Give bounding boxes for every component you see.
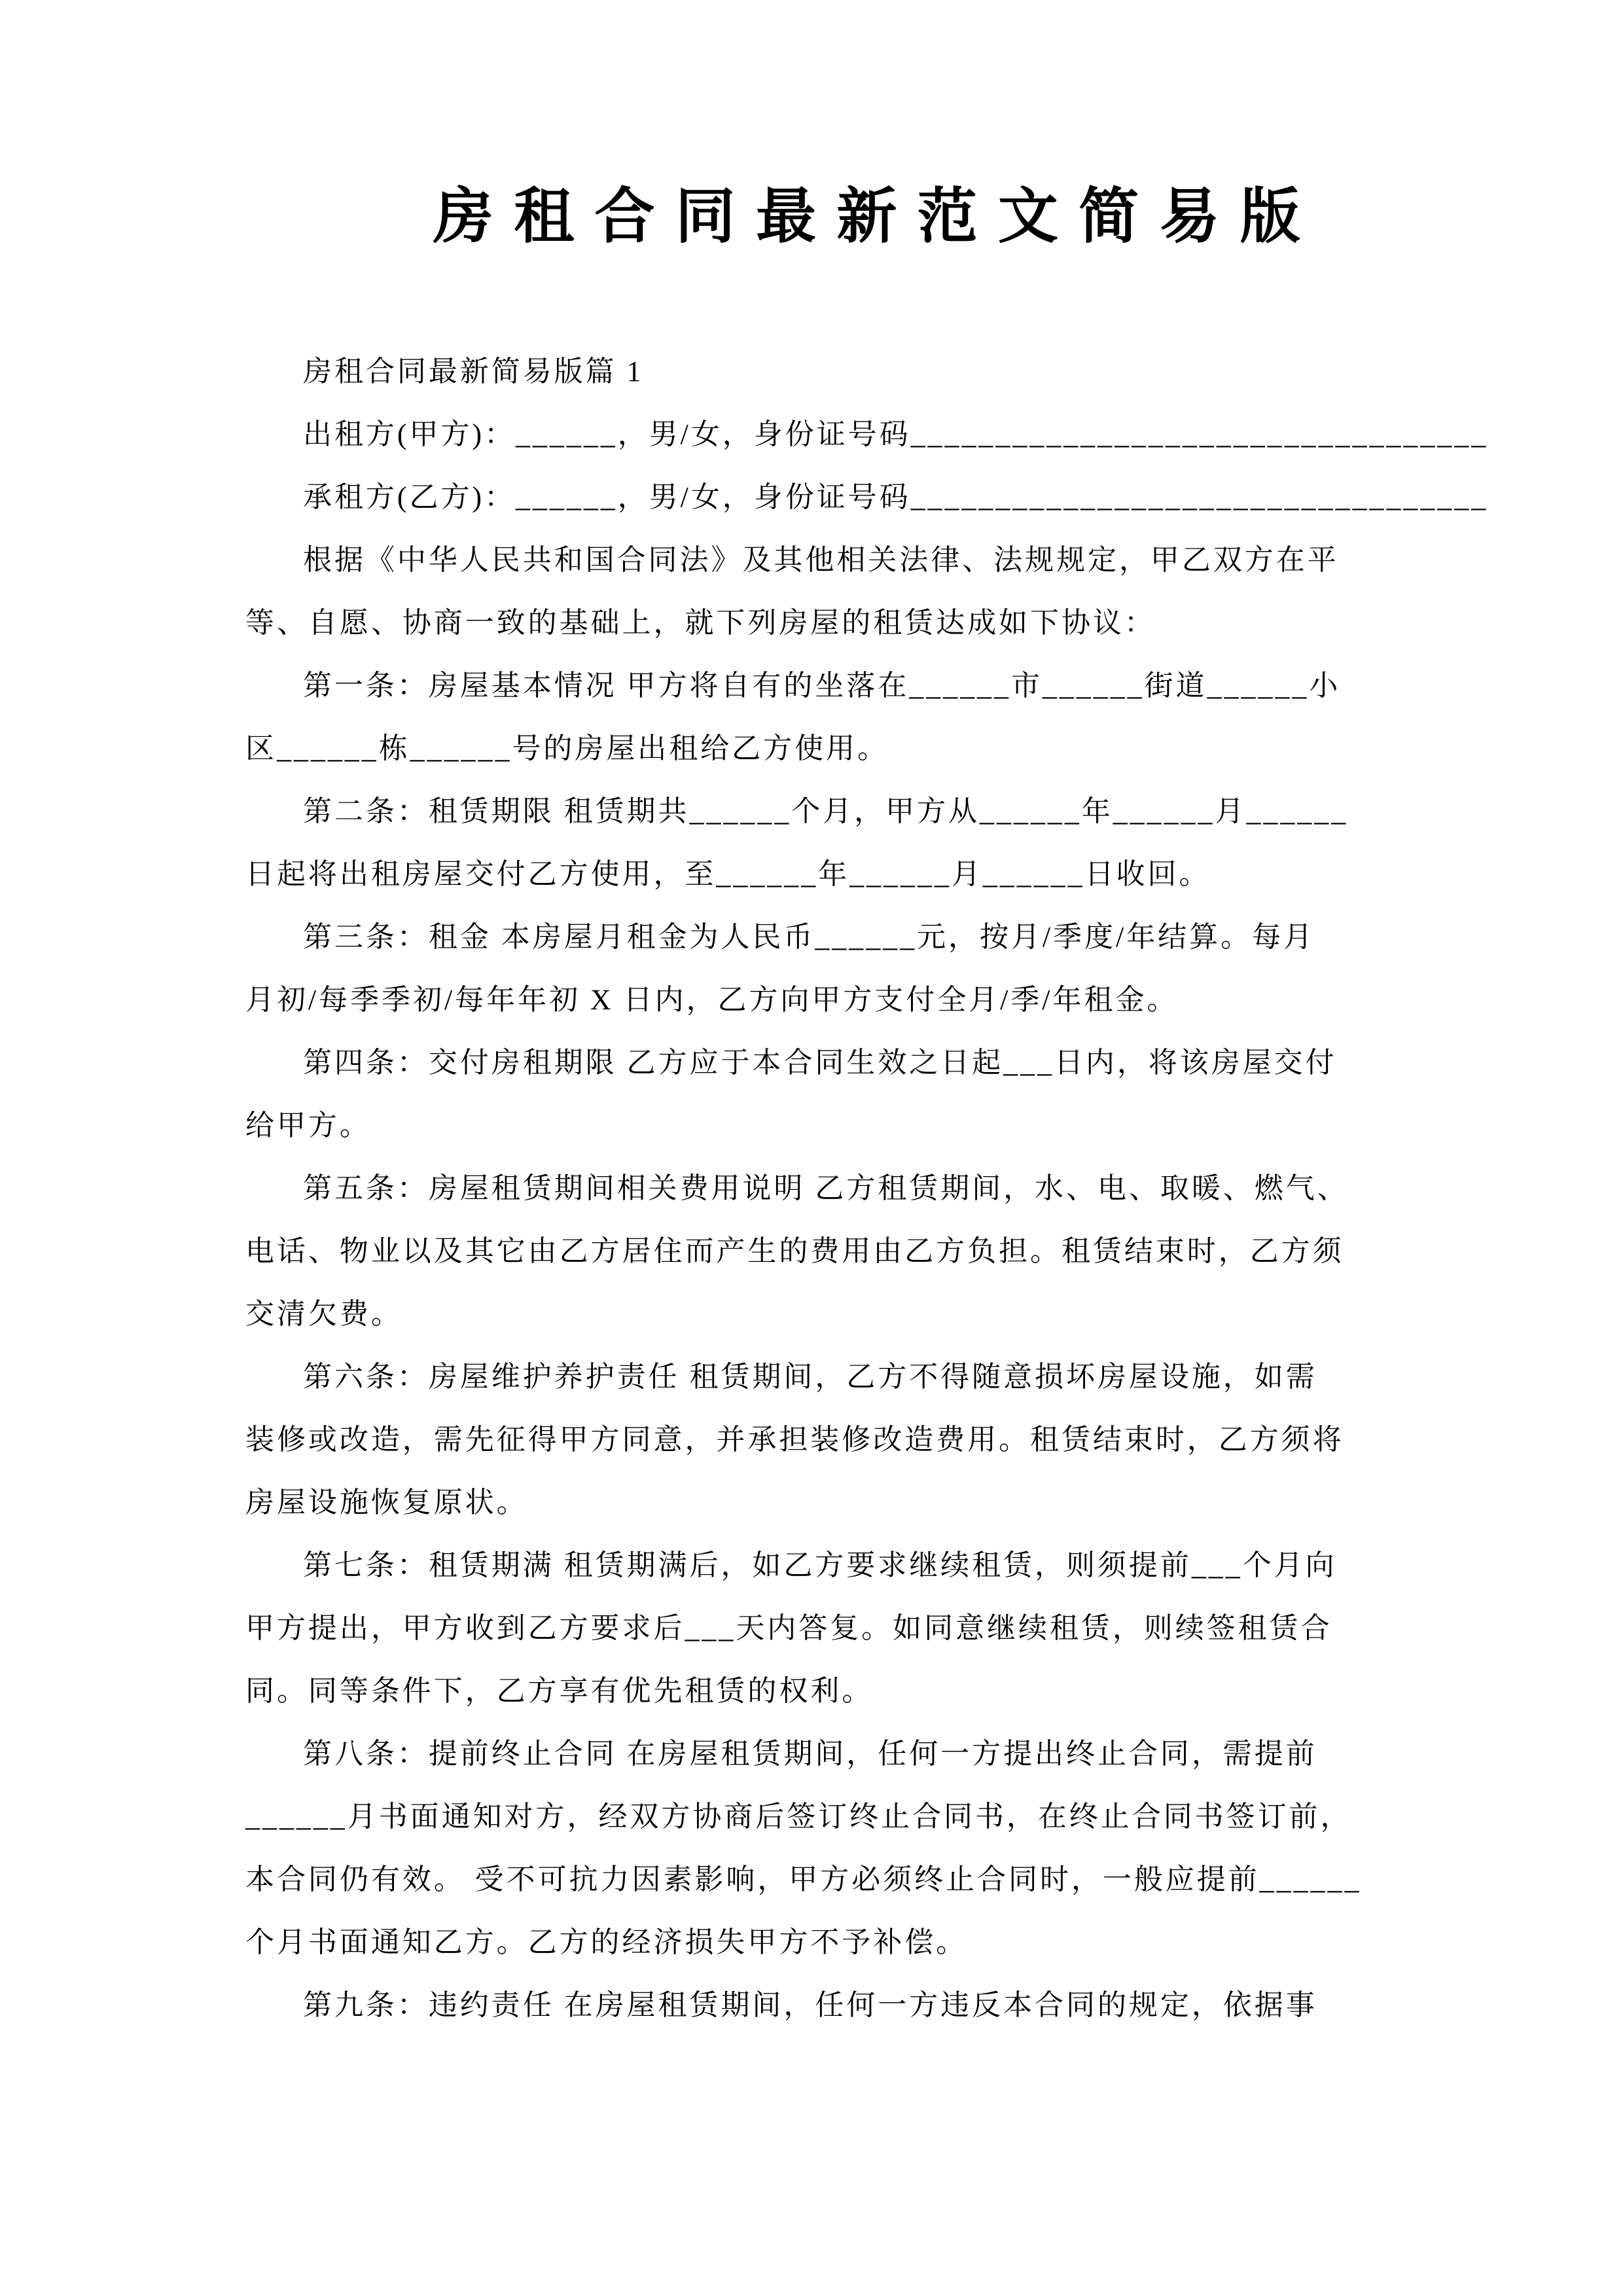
text-line: 第五条：房屋租赁期间相关费用说明 乙方租赁期间，水、电、取暖、燃气、 <box>245 1157 1366 1220</box>
text-line: 装修或改造，需先征得甲方同意，并承担装修改造费用。租赁结束时，乙方须将 <box>245 1408 1366 1471</box>
text-line: 交清欠费。 <box>245 1283 1366 1346</box>
text-line: 第二条：租赁期限 租赁期共______个月，甲方从______年______月_… <box>245 780 1366 843</box>
document-title: 房租合同最新范文简易版 <box>0 178 1623 257</box>
document-body: 房租合同最新简易版篇 1出租方(甲方)：______，男/女，身份证号码____… <box>245 340 1366 2037</box>
text-line: 第四条：交付房租期限 乙方应于本合同生效之日起___日内，将该房屋交付 <box>245 1031 1366 1094</box>
document-page: 房租合同最新范文简易版 房租合同最新简易版篇 1出租方(甲方)：______，男… <box>0 0 1623 2296</box>
text-line: 月初/每季季初/每年年初 X 日内，乙方向甲方支付全月/季/年租金。 <box>245 969 1366 1031</box>
text-line: 根据《中华人民共和国合同法》及其他相关法律、法规规定，甲乙双方在平 <box>245 529 1366 592</box>
text-line: 个月书面通知乙方。乙方的经济损失甲方不予补偿。 <box>245 1911 1366 1974</box>
text-line: 第八条：提前终止合同 在房屋租赁期间，任何一方提出终止合同，需提前 <box>245 1723 1366 1785</box>
text-line: 电话、物业以及其它由乙方居住而产生的费用由乙方负担。租赁结束时，乙方须 <box>245 1220 1366 1283</box>
text-line: 出租方(甲方)：______，男/女，身份证号码________________… <box>245 403 1366 466</box>
text-line: 第六条：房屋维护养护责任 租赁期间，乙方不得随意损坏房屋设施，如需 <box>245 1346 1366 1408</box>
text-line: 第三条：租金 本房屋月租金为人民币______元，按月/季度/年结算。每月 <box>245 906 1366 969</box>
text-line: 等、自愿、协商一致的基础上，就下列房屋的租赁达成如下协议： <box>245 592 1366 655</box>
text-line: 给甲方。 <box>245 1094 1366 1157</box>
text-line: 承租方(乙方)：______，男/女，身份证号码________________… <box>245 466 1366 529</box>
text-line: 第七条：租赁期满 租赁期满后，如乙方要求继续租赁，则须提前___个月向 <box>245 1534 1366 1597</box>
text-line: 房屋设施恢复原状。 <box>245 1471 1366 1534</box>
text-line: 区______栋______号的房屋出租给乙方使用。 <box>245 717 1366 780</box>
text-line: 第一条：房屋基本情况 甲方将自有的坐落在______市______街道_____… <box>245 655 1366 717</box>
text-line: 房租合同最新简易版篇 1 <box>245 340 1366 403</box>
text-line: ______月书面通知对方，经双方协商后签订终止合同书，在终止合同书签订前， <box>245 1785 1366 1848</box>
text-line: 第九条：违约责任 在房屋租赁期间，任何一方违反本合同的规定，依据事 <box>245 1974 1366 2037</box>
text-line: 同。同等条件下，乙方享有优先租赁的权利。 <box>245 1660 1366 1723</box>
text-line: 日起将出租房屋交付乙方使用，至______年______月______日收回。 <box>245 843 1366 906</box>
text-line: 甲方提出，甲方收到乙方要求后___天内答复。如同意继续租赁，则续签租赁合 <box>245 1597 1366 1660</box>
text-line: 本合同仍有效。 受不可抗力因素影响，甲方必须终止合同时，一般应提前______ <box>245 1848 1366 1911</box>
